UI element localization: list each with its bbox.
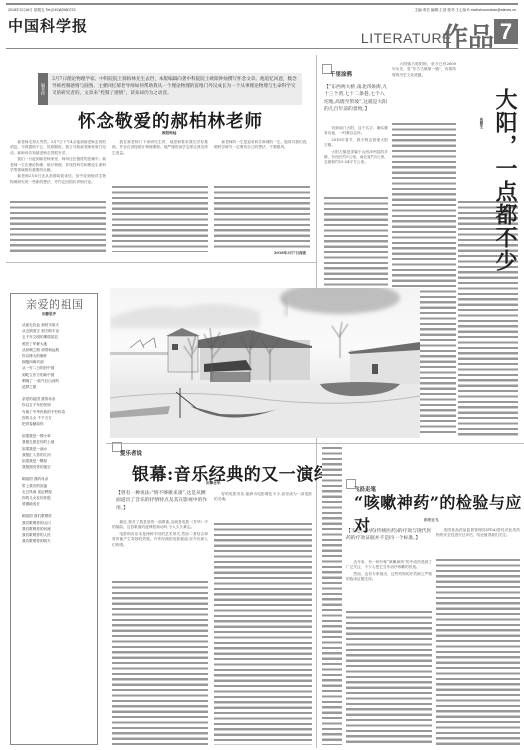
music-article-column-1: 最近,我对了我喜爱的一曲歌曲,这就是电影《芳华》中的插曲。这首歌曲的旋律悠扬动听… bbox=[112, 520, 208, 580]
music-article-column-2: 好的电影音乐,能够为电影增色不少,甚至成为一部电影的灵魂。 bbox=[214, 492, 312, 522]
paragraph: 大阳古镇是隶属于山西泽州县的乡镇，东西长约5公里，南北宽约3公里，总面积约15.… bbox=[324, 150, 388, 166]
poem-line: 我们歌唱你的明天 bbox=[22, 538, 92, 544]
section-name-english: LITERATURE bbox=[361, 30, 452, 46]
poem-stanza: 啊祖国 我们歌唱你 我们歌唱你的山川 我们歌唱你的河流 我们歌唱你的人民 我们歌… bbox=[22, 513, 92, 544]
paragraph: 初到南门大阳，这个名字，确实颇有诗意，一时难以忘怀。 bbox=[324, 126, 388, 137]
painting-illustration bbox=[110, 288, 420, 438]
header-bottom-rule bbox=[6, 48, 518, 49]
paragraph: 我们一行赶到郝老师家里，师母还在极度的悲痛中。郝老师一生在理论物理、统计物理、非… bbox=[10, 157, 106, 173]
overflow-column bbox=[322, 446, 342, 745]
music-article-title: 银幕:音乐经典的又一演绎 bbox=[132, 460, 331, 485]
river-article-intro: 【“东西两大桥,南北四条街,九十三个湾,七十二条巷,七个八坨地,高墙至带坡”,这… bbox=[324, 84, 388, 114]
music-article-byline: 田擎北华 bbox=[206, 481, 220, 486]
river-article-vertical-title: 大阳，一点都不少 bbox=[493, 88, 517, 272]
music-article-column-1-cont bbox=[112, 580, 208, 745]
column-divider bbox=[316, 443, 317, 748]
medicine-article-intro: 【不过，中药(传统医药)的疗效与现代医药的疗效证据并不是同一个标准。】 bbox=[346, 528, 432, 543]
river-article-kicker: 千里涂鸦 bbox=[330, 70, 352, 78]
poem-line: 我愿照亮你的夜空 bbox=[22, 464, 92, 470]
lead-article-byline: 欧阳钟灿 bbox=[162, 131, 176, 136]
medicine-article-column-1-cont bbox=[346, 610, 432, 745]
lead-article-column-2: 我在郝老师门下读研究生时，郝老师要求我们学好基础，并亲自讲授统计物理课程。他严谨… bbox=[112, 140, 208, 185]
paragraph: 近年来，有一种号称“咳嗽神药”的中成药受到了广泛关注，不少人把它当作治疗咳嗽的首… bbox=[346, 560, 432, 571]
editor-note-tag: 编者按 bbox=[38, 73, 48, 105]
lead-article-column-1-cont bbox=[10, 200, 106, 252]
newspaper-masthead: 中国科学报 bbox=[8, 15, 88, 36]
editor-credits-line: 主编:李芸 编辑:王剑 校对:王心怡 E-mail:shoumoban@stim… bbox=[415, 8, 517, 13]
section-divider bbox=[106, 443, 524, 444]
paragraph: 大阳镇古称阳阿，至今已有2600年历史，是“东方古镇第一镇”，有着浓厚的历史文化… bbox=[392, 62, 456, 78]
paragraph: 我在郝老师门下读研究生时，郝老师要求我们学好基础，并亲自讲授统计物理课程。他严谨… bbox=[112, 140, 208, 156]
paragraph: 2018年春节，我专程去看望大阳古镇。 bbox=[324, 138, 388, 149]
medicine-article-column-1: 近年来，有一种号称“咳嗽神药”的中成药受到了广泛关注，不少人把它当作治疗咳嗽的首… bbox=[346, 560, 432, 610]
poem-line: 骄傲地成长 bbox=[22, 501, 92, 507]
lead-article-column-2-cont bbox=[112, 185, 208, 252]
lead-article-column-3-cont bbox=[214, 185, 310, 249]
page-number-badge: 7 bbox=[494, 19, 518, 44]
river-article-column-1: 初到南门大阳，这个名字，确实颇有诗意，一时难以忘怀。 2018年春节，我专程去看… bbox=[324, 126, 388, 196]
paragraph: 最近,我对了我喜爱的一曲歌曲,这就是电影《芳华》中的插曲。这首歌曲的旋律悠扬动听… bbox=[112, 520, 208, 531]
section-divider bbox=[6, 262, 316, 263]
issue-date-line: 2018年3月16日 星期五 Tel:(010)82580723 bbox=[8, 8, 76, 13]
header-top-rule bbox=[6, 3, 518, 5]
paragraph: 然而，也有专家指出，这些药物的疗效缺乏严格的临床证据支持。 bbox=[346, 572, 432, 583]
poem-stanza: 如果我是一棵小草 我愿扎根在你的土地 如果我是一滴水 我愿汇入你的江河 如果我是… bbox=[22, 433, 92, 470]
paragraph: 郝老师走得太突然。3月7日下午4点接到郝老师去世的消息，令我震惊不已，恍如隔世。… bbox=[10, 140, 106, 156]
editor-note-text: 3月7日理论物理学家、中科院院士郝柏林先生去世，本版编辑向著中科院院士欧阳钟灿撰… bbox=[52, 76, 298, 97]
poem-stanza: 从茹毛饮血 到钻木取火 从仓颉造字 到天阿宇宙 五千年文明的璀璨星辰 照亮了华夏… bbox=[22, 322, 92, 390]
ink-wash-painting bbox=[110, 288, 420, 438]
music-article-intro: 【曾有一种说法:“情不够歌来凑”,这是从侧面道出了音乐的抒情特点及其在影视中的作… bbox=[116, 490, 208, 512]
poem-body: 从茹毛饮血 到钻木取火 从仓颉造字 到天阿宇宙 五千年文明的璀璨星辰 照亮了华夏… bbox=[22, 322, 92, 551]
poem-stanza: 亲爱的祖国 我的母亲 你以五千年的坚韧 写就了中华民族的不朽传奇 你的儿女 千千… bbox=[22, 396, 92, 427]
poem-author: 田静思齐 bbox=[42, 312, 56, 317]
medicine-article-column-2: 美国食品药品监督管理局(FDA)曾经对此类药物的安全性进行过评估，结论值得我们关… bbox=[436, 528, 520, 558]
medicine-article-column-2-cont bbox=[436, 558, 520, 745]
paragraph: 郝老师2月6日还从美国给我来信，信中说到他对生物物理研究的一些新的想法，并约定回… bbox=[10, 174, 106, 185]
paragraph: 好的电影音乐,能够为电影增色不少,甚至成为一部电影的灵魂。 bbox=[214, 492, 312, 503]
paragraph: 美国食品药品监督管理局(FDA)曾经对此类药物的安全性进行过评估，结论值得我们关… bbox=[436, 528, 520, 539]
poem-stanza: 啊祖国 我的母亲 带上我们的祝福 走过风雨 见证辉煌 你的儿女在你怀抱 骄傲地成… bbox=[22, 476, 92, 507]
river-article-byline: 张暖生 bbox=[480, 118, 485, 129]
medicine-article-byline: 田冬云飞 bbox=[424, 518, 438, 523]
lead-article-column-3: 郝老师的一生是追求科学真理的一生。他常对我们说，做科学研究一定要有自己的想法，不… bbox=[214, 140, 310, 185]
lead-article-title: 怀念敬爱的郝柏林老师 bbox=[78, 108, 263, 133]
river-article-column-2: 大阳镇古称阳阿，至今已有2600年历史，是“东方古镇第一镇”，有着浓厚的历史文化… bbox=[392, 62, 456, 122]
poem-line: 追梦之歌 bbox=[22, 384, 92, 390]
music-article-kicker: 爱乐者说 bbox=[120, 449, 142, 457]
poem-title: 亲爱的祖国 bbox=[26, 296, 84, 312]
lead-article-date: 2018年3月7日深夜 bbox=[274, 251, 306, 256]
poem-line: 把青春献给你 bbox=[22, 421, 92, 427]
paragraph: 电影和音乐本是两种不同的艺术形式,然而二者结合却常常能产生奇妙的效果。许多经典的… bbox=[112, 532, 208, 548]
music-article-column-2-cont bbox=[214, 522, 312, 745]
paragraph: 郝老师的一生是追求科学真理的一生。他常对我们说，做科学研究一定要有自己的想法，不… bbox=[214, 140, 310, 151]
